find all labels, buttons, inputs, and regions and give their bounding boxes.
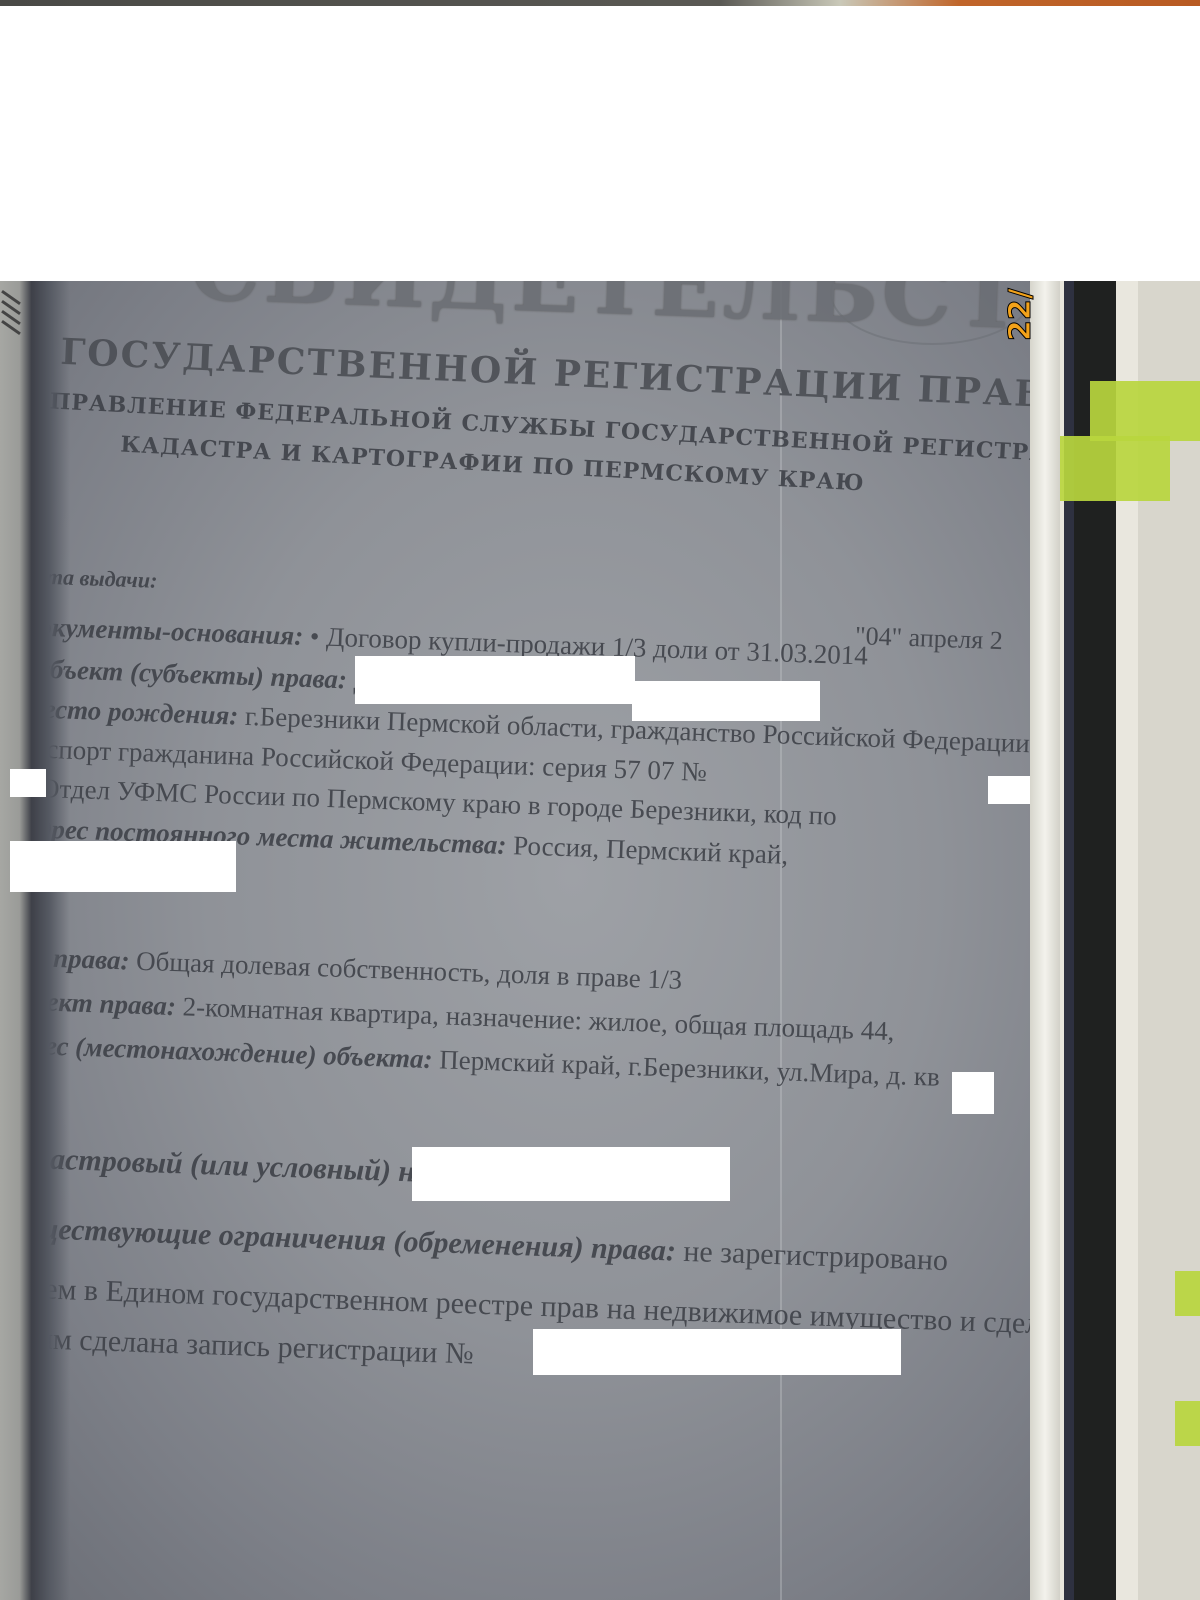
redaction-box — [632, 681, 820, 721]
left-page-text-fragment — [0, 289, 26, 369]
field-value: Пермский край, г.Березники, ул.Мира, д. — [439, 1044, 908, 1090]
field-value: Общая долевая собственность, доля в прав… — [136, 946, 683, 995]
redaction-header-block — [0, 6, 1200, 281]
issue-date: "04" апреля 2 — [854, 621, 1003, 656]
binder-edge — [1030, 281, 1200, 1600]
redaction-box — [10, 841, 236, 892]
redaction-box — [355, 656, 635, 704]
green-tape-tab — [1175, 1271, 1200, 1316]
field-value: с ним сделана запись регистрации № — [0, 1321, 474, 1371]
registry-statement-line-2: с ним сделана запись регистрации № — [0, 1321, 474, 1372]
green-tape-tab — [1175, 1401, 1200, 1446]
field-value: Россия, Пермский край, — [513, 830, 789, 870]
certificate-page: СВИДЕТЕЛЬСТВО ГОСУДАРСТВЕННОЙ РЕГИСТРАЦИ… — [0, 281, 1040, 1600]
redaction-box — [952, 1072, 994, 1114]
redaction-box — [988, 776, 1030, 804]
field-label: Существующие ограничения (обременения) п… — [0, 1211, 676, 1268]
document-photo: СВИДЕТЕЛЬСТВО ГОСУДАРСТВЕННОЙ РЕГИСТРАЦИ… — [0, 281, 1200, 1600]
field-encumbrances: Существующие ограничения (обременения) п… — [0, 1211, 949, 1278]
green-tape-tab — [1090, 381, 1200, 441]
field-value: не зарегистрировано — [683, 1235, 949, 1277]
book-gutter-shadow — [0, 281, 70, 1600]
field-right-holders: Субъект (субъекты) права: Д — [19, 653, 372, 696]
redaction-box — [10, 769, 46, 797]
field-suffix: кв — [913, 1061, 940, 1092]
green-tape-tab — [1060, 436, 1170, 501]
redaction-box — [412, 1147, 730, 1201]
redaction-box — [533, 1329, 901, 1375]
field-value: 2-комнатная квартира, назначение: жилое,… — [182, 991, 895, 1046]
camera-date-stamp: 22/ — [1003, 288, 1038, 341]
